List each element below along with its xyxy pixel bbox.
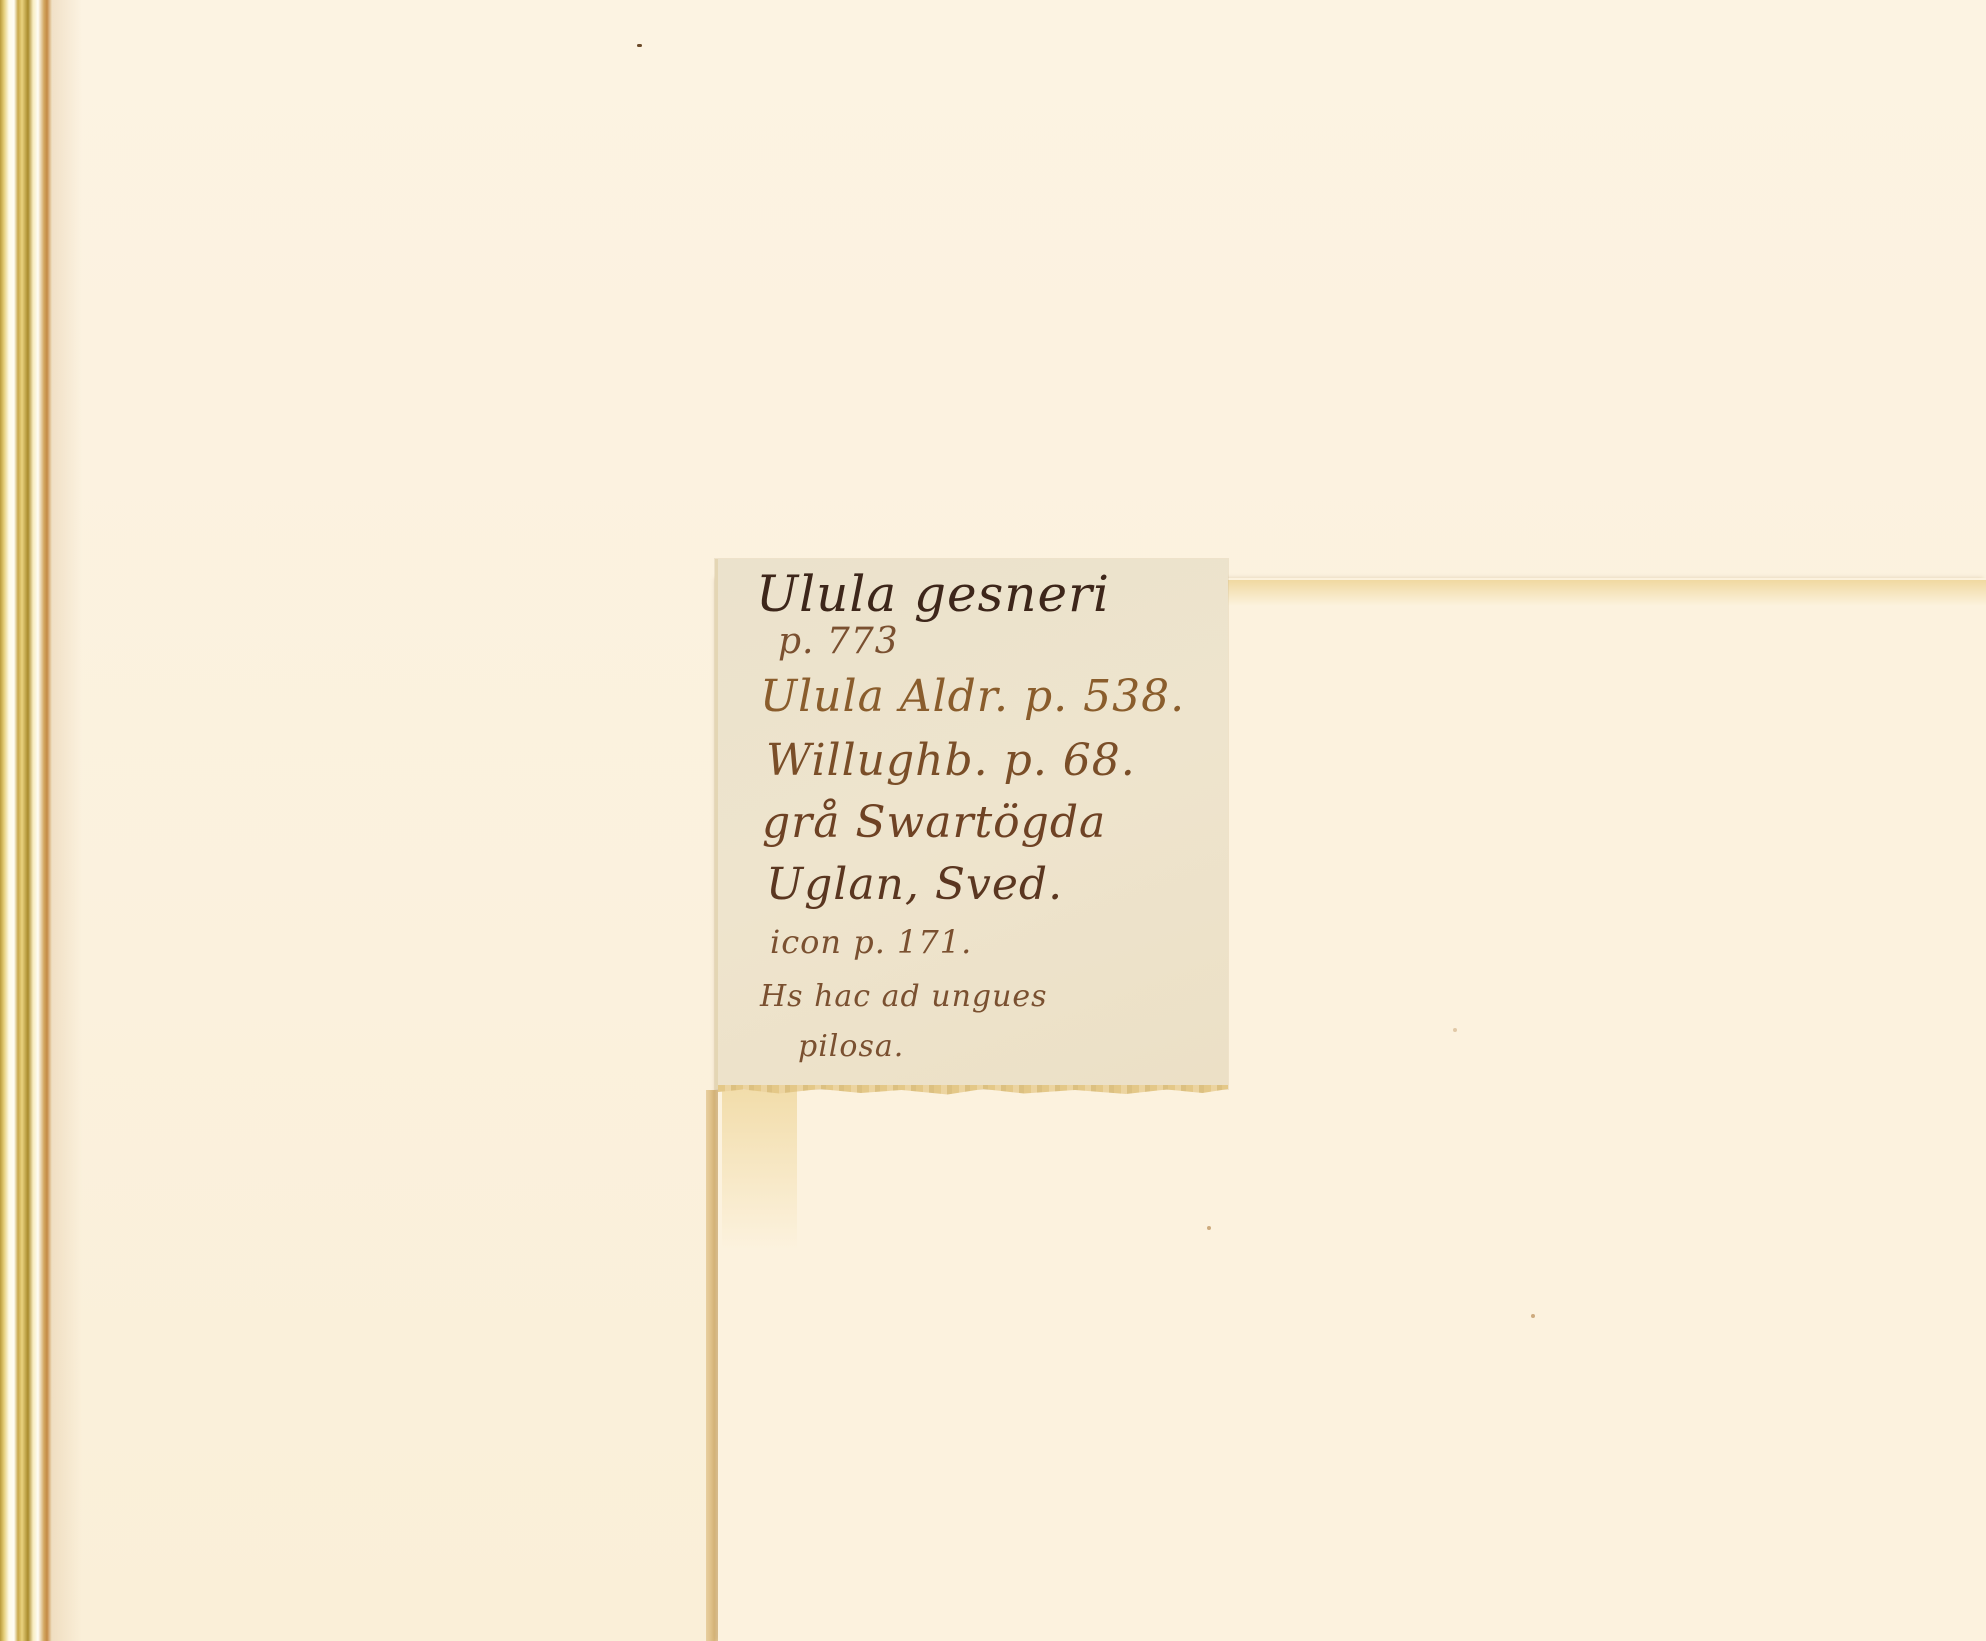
sheet-stain (722, 1090, 797, 1250)
gilt-frame-edge (0, 0, 52, 1641)
label-line: Ulula gesneri (756, 565, 1210, 623)
dust-speck (637, 44, 642, 47)
label-line: Hs hac ad ungues (760, 979, 1210, 1014)
foxing-spot (1207, 1226, 1211, 1230)
sheet-stain (1225, 580, 1986, 606)
label-line: Ulula Aldr. p. 538. (760, 671, 1210, 722)
foxing-spot (1453, 1028, 1457, 1032)
label-line: p. 773 (778, 621, 1210, 662)
label-line: Willughb. p. 68. (766, 735, 1210, 786)
label-line: grå Swartögda (762, 797, 1210, 848)
handwritten-label: Ulula gesneri p. 773 Ulula Aldr. p. 538.… (715, 559, 1228, 1089)
label-line: pilosa. (798, 1029, 1210, 1064)
foxing-spot (1531, 1314, 1535, 1318)
label-line: Uglan, Sved. (766, 859, 1210, 910)
label-line: icon p. 171. (770, 923, 1210, 961)
mat-shadow (52, 0, 82, 1641)
